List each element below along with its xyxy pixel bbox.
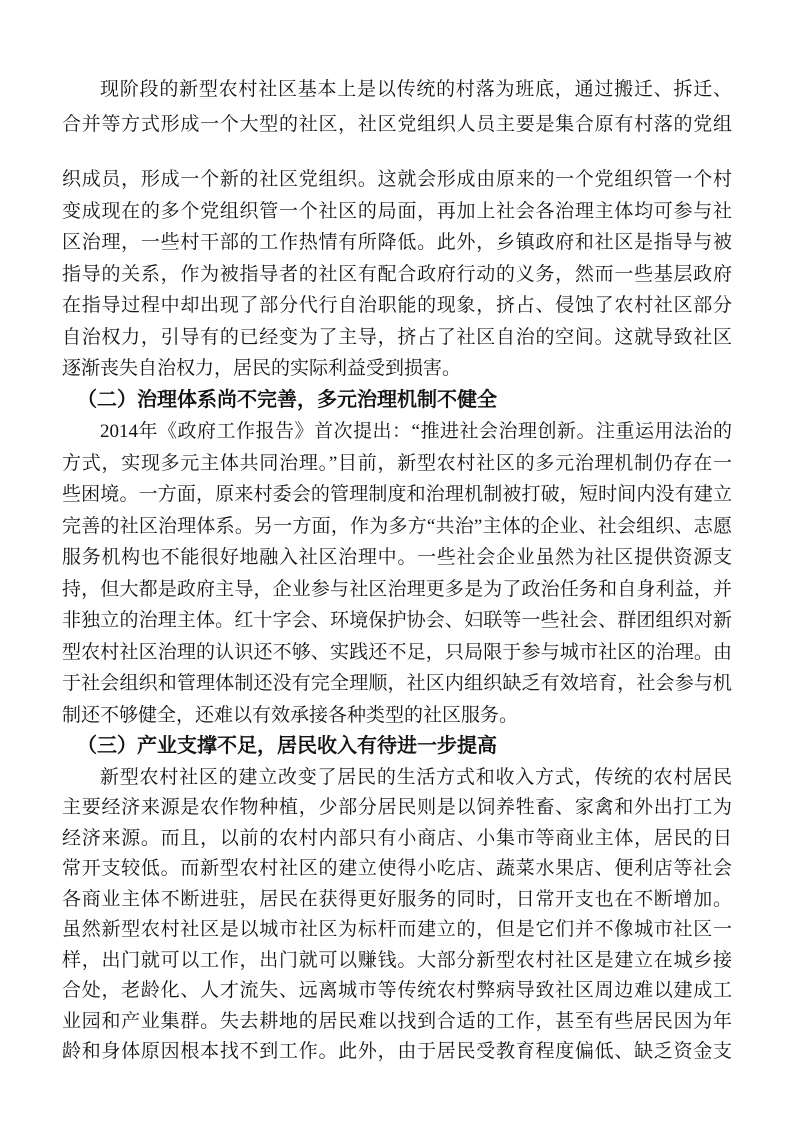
text-line: 逐渐丧失自治权力，居民的实际利益受到损害。 [62, 353, 732, 385]
text-line: 2014年《政府工作报告》首次提出：“推进社会治理创新。注重运用法治的 [62, 416, 732, 448]
paragraph-3: 新型农村社区的建立改变了居民的生活方式和收入方式，传统的农村居民主要经济来源是农… [62, 763, 732, 1068]
text-line: 现阶段的新型农村社区基本上是以传统的村落为班底，通过搬迁、拆迁、 [62, 72, 732, 107]
text-line: 合处，老龄化、人才流失、远离城市等传统农村弊病导致社区周边难以建成工 [62, 976, 732, 1007]
text-line: 区治理，一些村干部的工作热情有所降低。此外，乡镇政府和社区是指导与被 [62, 227, 732, 259]
text-line: 些困境。一方面，原来村委会的管理制度和治理机制被打破，短时间内没有建立 [62, 479, 732, 511]
text-line: 龄和身体原因根本找不到工作。此外，由于居民受教育程度偏低、缺乏资金支 [62, 1037, 732, 1068]
document-body: 现阶段的新型农村社区基本上是以传统的村落为班底，通过搬迁、拆迁、合并等方式形成一… [62, 72, 732, 1068]
text-line: 持，但大都是政府主导，企业参与社区治理更多是为了政治任务和自身利益，并 [62, 574, 732, 606]
text-line: 完善的社区治理体系。另一方面，作为多方“共治”主体的企业、社会组织、志愿 [62, 511, 732, 543]
text-line: 变成现在的多个党组织管一个社区的局面，再加上社会各治理主体均可参与社 [62, 196, 732, 228]
text-line: 自治权力，引导有的已经变为了主导，挤占了社区自治的空间。这就导致社区 [62, 322, 732, 354]
text-line: 方式，实现多元主体共同治理。”目前，新型农村社区的多元治理机制仍存在一 [62, 448, 732, 480]
text-line: 样，出门就可以工作，出门就可以赚钱。大部分新型农村社区是建立在城乡接 [62, 946, 732, 977]
text-line: 非独立的治理主体。红十字会、环境保护协会、妇联等一些社会、群团组织对新 [62, 605, 732, 637]
paragraph-1b: 织成员，形成一个新的社区党组织。这就会形成由原来的一个党组织管一个村变成现在的多… [62, 164, 732, 385]
text-line: 新型农村社区的建立改变了居民的生活方式和收入方式，传统的农村居民 [62, 763, 732, 794]
text-line: 业园和产业集群。失去耕地的居民难以找到合适的工作，甚至有些居民因为年 [62, 1007, 732, 1038]
text-line: 经济来源。而且，以前的农村内部只有小商店、小集市等商业主体，居民的日 [62, 824, 732, 855]
text-line: 合并等方式形成一个大型的社区，社区党组织人员主要是集合原有村落的党组 [62, 107, 732, 142]
text-line: 型农村社区治理的认识还不够、实践还不足，只局限于参与城市社区的治理。由 [62, 637, 732, 669]
document-page: 现阶段的新型农村社区基本上是以传统的村落为班底，通过搬迁、拆迁、合并等方式形成一… [0, 0, 794, 1122]
text-line: 服务机构也不能很好地融入社区治理中。一些社会企业虽然为社区提供资源支 [62, 542, 732, 574]
text-line: 制还不够健全，还难以有效承接各种类型的社区服务。 [62, 700, 732, 732]
text-line: 虽然新型农村社区是以城市社区为标杆而建立的，但是它们并不像城市社区一 [62, 915, 732, 946]
text-line: 指导的关系，作为被指导者的社区有配合政府行动的义务，然而一些基层政府 [62, 259, 732, 291]
paragraph-1a: 现阶段的新型农村社区基本上是以传统的村落为班底，通过搬迁、拆迁、合并等方式形成一… [62, 72, 732, 142]
paragraph-break-spacer [62, 142, 732, 164]
paragraph-2: 2014年《政府工作报告》首次提出：“推进社会治理创新。注重运用法治的方式，实现… [62, 416, 732, 731]
text-line: 常开支较低。而新型农村社区的建立使得小吃店、蔬菜水果店、便利店等社会 [62, 854, 732, 885]
text-line: 织成员，形成一个新的社区党组织。这就会形成由原来的一个党组织管一个村 [62, 164, 732, 196]
heading-section-3: （三）产业支撑不足，居民收入有待进一步提高 [62, 731, 732, 763]
text-line: 各商业主体不断进驻，居民在获得更好服务的同时，日常开支也在不断增加。 [62, 885, 732, 916]
text-line: 于社会组织和管理体制还没有完全理顺，社区内组织缺乏有效培育，社会参与机 [62, 668, 732, 700]
text-line: 在指导过程中却出现了部分代行自治职能的现象，挤占、侵蚀了农村社区部分 [62, 290, 732, 322]
text-line: 主要经济来源是农作物种植，少部分居民则是以饲养牲畜、家禽和外出打工为 [62, 793, 732, 824]
heading-section-2: （二）治理体系尚不完善，多元治理机制不健全 [62, 385, 732, 417]
